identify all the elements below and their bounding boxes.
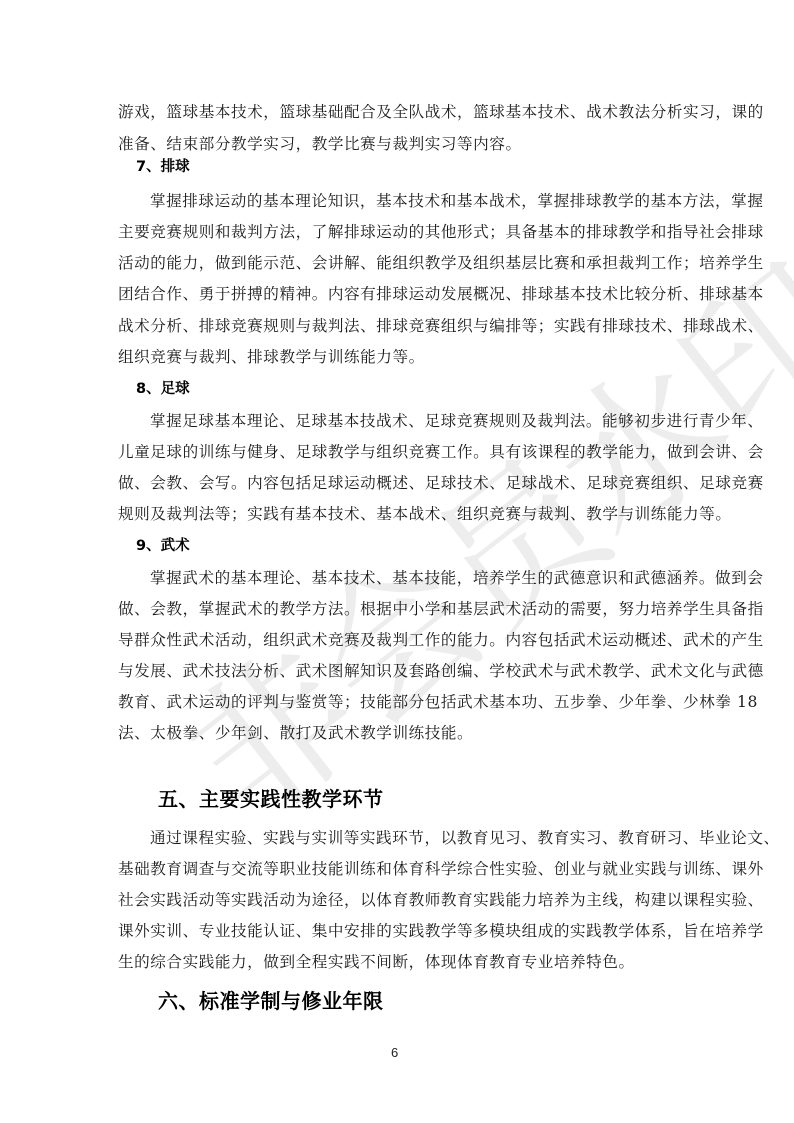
body-line: 基础教育调查与交流等职业技能训练和体育科学综合性实验、创业与就业实践与训练、课外 xyxy=(118,859,678,879)
body-line: 与发展、武术技法分析、武术图解知识及套路创编、学校武术与武术教学、武术文化与武德 xyxy=(118,661,678,681)
body-line: 导群众性武术活动，组织武术竞赛及裁判工作的能力。内容包括武术运动概述、武术的产生 xyxy=(118,630,678,650)
body-line: 掌握足球基本理论、足球基本技战术、足球竞赛规则及裁判法。能够初步进行青少年、 xyxy=(118,411,678,431)
body-line: 儿童足球的训练与健身、足球教学与组织竞赛工作。具有该课程的教学能力，做到会讲、会 xyxy=(118,442,678,462)
body-line: 掌握武术的基本理论、基本技术、基本技能，培养学生的武德意识和武德涵养。做到会 xyxy=(118,568,678,588)
page-number: 6 xyxy=(391,1045,398,1060)
body-line: 战术分析、排球竞赛规则与裁判法、排球竞赛组织与编排等；实践有排球技术、排球战术、 xyxy=(118,316,678,336)
subheading-football: 8、足球 xyxy=(136,379,190,399)
body-line: 组织竞赛与裁判、排球教学与训练能力等。 xyxy=(118,347,678,367)
body-line: 通过课程实验、实践与实训等实践环节，以教育见习、教育实习、教育研习、毕业论文、 xyxy=(118,828,678,848)
body-line: 生的综合实践能力，做到全程实践不间断，体现体育教育专业培养特色。 xyxy=(118,952,678,972)
subheading-wushu: 9、武术 xyxy=(136,536,190,556)
document-page: 非会员水印 游戏，篮球基本技术，篮球基础配合及全队战术，篮球基本技术、战术教法分… xyxy=(0,0,794,1123)
body-line: 活动的能力，做到能示范、会讲解、能组织教学及组织基层比赛和承担裁判工作；培养学生 xyxy=(118,253,678,273)
body-line: 准备、结束部分教学实习，教学比赛与裁判实习等内容。 xyxy=(118,134,678,154)
body-line: 法、太极拳、少年剑、散打及武术教学训练技能。 xyxy=(118,723,678,743)
body-line: 课外实训、专业技能认证、集中安排的实践教学等多模块组成的实践教学体系，旨在培养学 xyxy=(118,921,678,941)
section-heading-duration: 六、标准学制与修业年限 xyxy=(158,988,384,1014)
body-line: 团结合作、勇于拼搏的精神。内容有排球运动发展概况、排球基本技术比较分析、排球基本 xyxy=(118,284,678,304)
body-line: 掌握排球运动的基本理论知识，基本技术和基本战术，掌握排球教学的基本方法，掌握 xyxy=(118,191,678,211)
body-line: 做、会教，掌握武术的教学方法。根据中小学和基层武术活动的需要，努力培养学生具备指 xyxy=(118,599,678,619)
body-line: 主要竞赛规则和裁判方法，了解排球运动的其他形式；具备基本的排球教学和指导社会排球 xyxy=(118,222,678,242)
body-line: 游戏，篮球基本技术，篮球基础配合及全队战术，篮球基本技术、战术教法分析实习，课的 xyxy=(118,102,678,122)
subheading-volleyball: 7、排球 xyxy=(136,157,190,177)
body-line: 教育、武术运动的评判与鉴赏等；技能部分包括武术基本功、五步拳、少年拳、少林拳 1… xyxy=(118,692,678,712)
section-heading-practice: 五、主要实践性教学环节 xyxy=(158,786,384,812)
body-line: 规则及裁判法等；实践有基本技术、基本战术、组织竞赛与裁判、教学与训练能力等。 xyxy=(118,504,678,524)
body-line: 社会实践活动等实践活动为途径，以体育教师教育实践能力培养为主线，构建以课程实验、 xyxy=(118,890,678,910)
body-line: 做、会教、会写。内容包括足球运动概述、足球技术、足球战术、足球竞赛组织、足球竞赛 xyxy=(118,473,678,493)
